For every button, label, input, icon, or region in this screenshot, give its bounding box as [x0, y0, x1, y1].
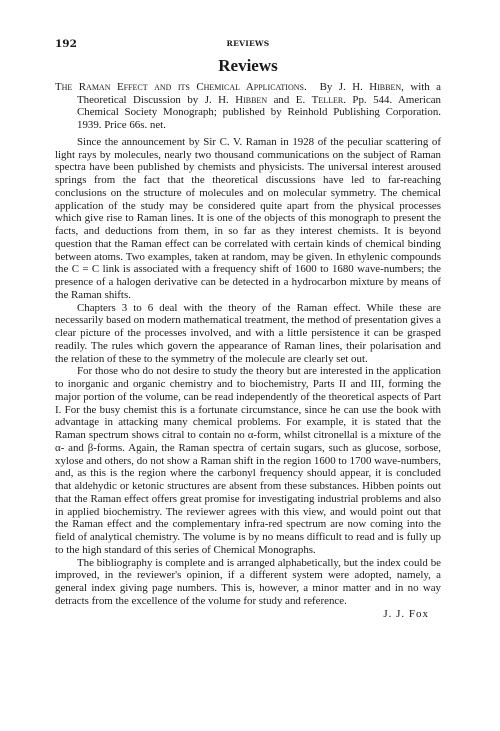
running-head: 192 REVIEWS [55, 38, 441, 52]
running-title: REVIEWS [55, 39, 441, 48]
paragraph: The bibliography is complete and is arra… [55, 557, 441, 608]
book-title: The Raman Effect and its Chemical Applic… [55, 81, 307, 93]
paragraph: Chapters 3 to 6 deal with the theory of … [55, 302, 441, 366]
paragraph: Since the announcement by Sir C. V. Rama… [55, 136, 441, 302]
page: 192 REVIEWS Reviews The Raman Effect and… [55, 38, 441, 621]
author3-name: Teller [312, 94, 344, 106]
section-title: Reviews [55, 56, 441, 76]
citation-and: and E. [274, 94, 306, 106]
citation-by: By J. H. [320, 81, 363, 93]
paragraph: For those who do not desire to study the… [55, 365, 441, 556]
book-citation: The Raman Effect and its Chemical Applic… [55, 81, 441, 132]
reviewer-signature: J. J. Fox [55, 608, 441, 621]
author2-name: Hibben [235, 94, 267, 106]
author-name: Hibben [369, 81, 401, 93]
